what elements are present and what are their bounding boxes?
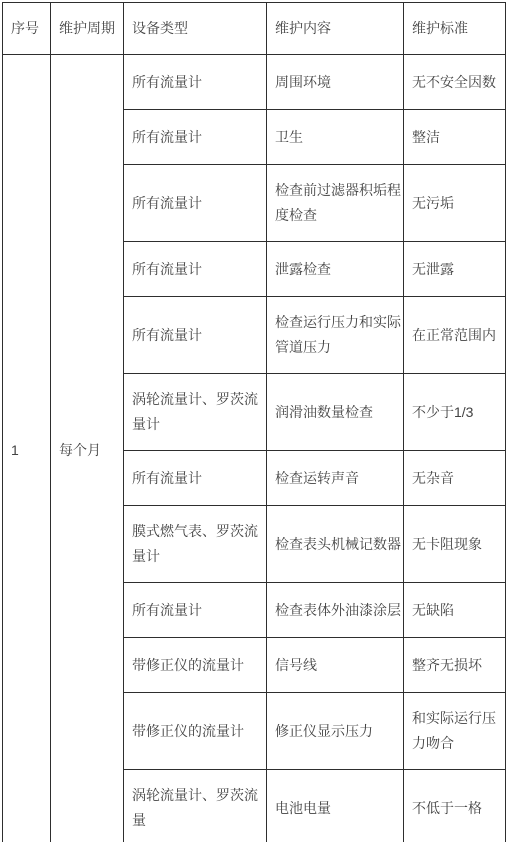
table-row: 1每个月所有流量计周围环境无不安全因数	[3, 55, 506, 110]
maintenance-content-cell: 泄露检查	[267, 242, 404, 297]
serial-number-cell: 1	[3, 55, 51, 842]
page: 序号 维护周期 设备类型 维护内容 维护标准 1每个月所有流量计周围环境无不安全…	[0, 0, 507, 842]
maintenance-content-cell: 信号线	[267, 638, 404, 693]
device-type-cell: 所有流量计	[124, 451, 267, 506]
header-maintenance-content: 维护内容	[267, 3, 404, 55]
maintenance-content-cell: 检查运转声音	[267, 451, 404, 506]
maintenance-standard-cell: 无污垢	[404, 165, 506, 242]
device-type-cell: 涡轮流量计、罗茨流量计	[124, 374, 267, 451]
maintenance-content-cell: 修正仪显示压力	[267, 693, 404, 770]
maintenance-content-cell: 检查表体外油漆涂层	[267, 583, 404, 638]
maintenance-standard-cell: 无泄露	[404, 242, 506, 297]
device-type-cell: 所有流量计	[124, 110, 267, 165]
maintenance-content-cell: 电池电量	[267, 770, 404, 842]
maintenance-standard-cell: 不低于一格	[404, 770, 506, 842]
maintenance-standard-cell: 无不安全因数	[404, 55, 506, 110]
header-serial-number: 序号	[3, 3, 51, 55]
device-type-cell: 所有流量计	[124, 583, 267, 638]
maintenance-cycle-cell: 每个月	[51, 55, 124, 842]
maintenance-standard-cell: 和实际运行压力吻合	[404, 693, 506, 770]
device-type-cell: 带修正仪的流量计	[124, 638, 267, 693]
header-row: 序号 维护周期 设备类型 维护内容 维护标准	[3, 3, 506, 55]
header-maintenance-cycle: 维护周期	[51, 3, 124, 55]
device-type-cell: 所有流量计	[124, 242, 267, 297]
device-type-cell: 涡轮流量计、罗茨流量	[124, 770, 267, 842]
maintenance-standard-cell: 不少于1/3	[404, 374, 506, 451]
maintenance-content-cell: 润滑油数量检查	[267, 374, 404, 451]
maintenance-standard-cell: 整洁	[404, 110, 506, 165]
device-type-cell: 所有流量计	[124, 165, 267, 242]
device-type-cell: 带修正仪的流量计	[124, 693, 267, 770]
header-maintenance-standard: 维护标准	[404, 3, 506, 55]
device-type-cell: 膜式燃气表、罗茨流量计	[124, 506, 267, 583]
maintenance-content-cell: 检查运行压力和实际管道压力	[267, 297, 404, 374]
maintenance-standard-cell: 无杂音	[404, 451, 506, 506]
maintenance-content-cell: 检查前过滤器积垢程度检查	[267, 165, 404, 242]
maintenance-content-cell: 卫生	[267, 110, 404, 165]
table-body: 1每个月所有流量计周围环境无不安全因数所有流量计卫生整洁所有流量计检查前过滤器积…	[3, 55, 506, 842]
maintenance-content-cell: 检查表头机械记数器	[267, 506, 404, 583]
maintenance-standard-cell: 在正常范围内	[404, 297, 506, 374]
header-device-type: 设备类型	[124, 3, 267, 55]
maintenance-table: 序号 维护周期 设备类型 维护内容 维护标准 1每个月所有流量计周围环境无不安全…	[2, 2, 506, 842]
maintenance-content-cell: 周围环境	[267, 55, 404, 110]
maintenance-standard-cell: 无缺陷	[404, 583, 506, 638]
device-type-cell: 所有流量计	[124, 297, 267, 374]
maintenance-standard-cell: 无卡阻现象	[404, 506, 506, 583]
maintenance-standard-cell: 整齐无损坏	[404, 638, 506, 693]
device-type-cell: 所有流量计	[124, 55, 267, 110]
